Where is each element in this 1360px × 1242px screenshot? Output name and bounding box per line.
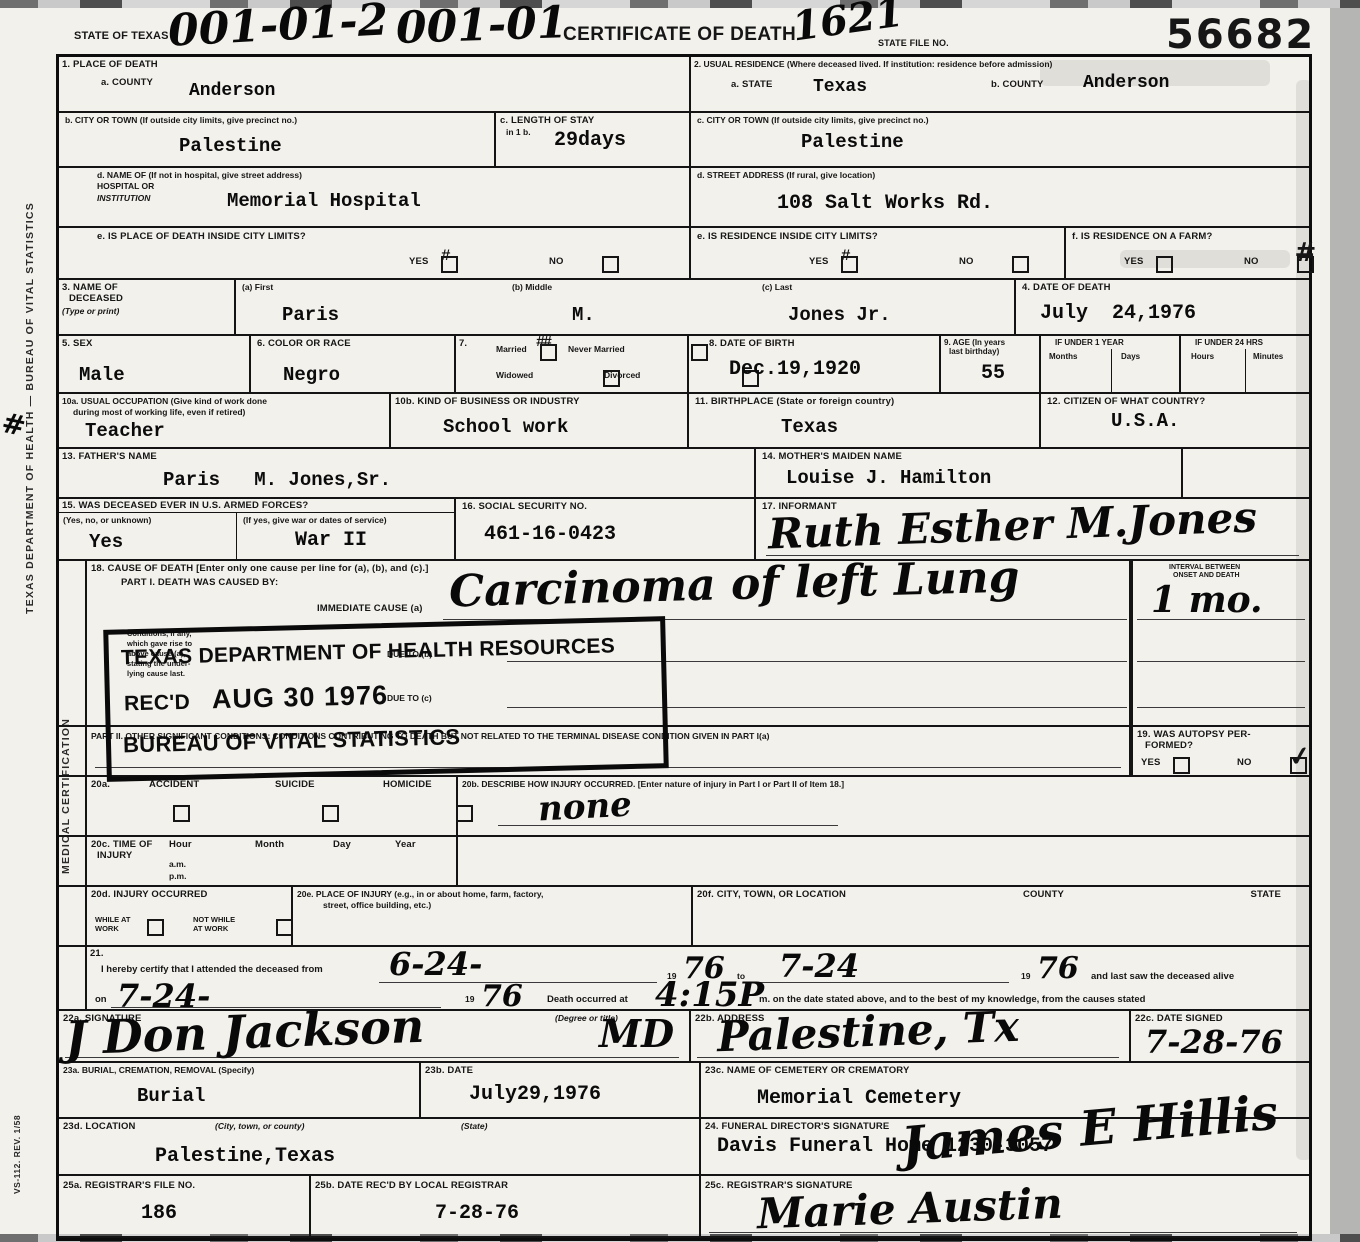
divider bbox=[1111, 349, 1112, 392]
medical-certification-strip bbox=[59, 837, 87, 885]
residence-city-label: c. CITY OR TOWN (If outside city limits,… bbox=[697, 115, 929, 125]
registrar-signature: Marie Austin bbox=[756, 1179, 1063, 1239]
age-cell: 9. AGE (In years last birthday) 55 bbox=[941, 336, 1041, 392]
residence-state-label: a. STATE bbox=[731, 79, 773, 90]
yes-label: YES bbox=[409, 256, 428, 267]
occupation-label-2: during most of working life, even if ret… bbox=[73, 407, 245, 417]
residence-state-value: Texas bbox=[813, 77, 867, 97]
citizen-label: 12. CITIZEN OF WHAT COUNTRY? bbox=[1047, 396, 1205, 407]
burial-date-label: 23b. DATE bbox=[425, 1065, 473, 1076]
while-at-work-checkbox bbox=[147, 919, 164, 939]
interval-label-1: INTERVAL BETWEEN bbox=[1169, 564, 1240, 571]
name-label-3: (Type or print) bbox=[62, 306, 119, 316]
mother-value: Louise J. Hamilton bbox=[786, 467, 991, 489]
under-1-year-label: IF UNDER 1 YEAR bbox=[1055, 338, 1124, 347]
autopsy-label-2: FORMED? bbox=[1145, 740, 1193, 751]
father-label: 13. FATHER'S NAME bbox=[62, 451, 157, 462]
registrar-file-cell: 25a. REGISTRAR'S FILE NO. 186 bbox=[59, 1176, 311, 1236]
name-label-1: 3. NAME OF bbox=[62, 282, 118, 293]
hash-mark: # bbox=[441, 247, 451, 265]
cemetery-label: 23c. NAME OF CEMETERY OR CREMATORY bbox=[705, 1065, 909, 1076]
birthplace-label: 11. BIRTHPLACE (State or foreign country… bbox=[695, 396, 894, 407]
length-of-stay-value: 29days bbox=[554, 129, 626, 152]
form-number-label: VS-112. REV. 1/58 bbox=[12, 1076, 22, 1232]
date-of-death-value: July 24,1976 bbox=[1040, 302, 1196, 325]
location-sublabel-2: (State) bbox=[461, 1121, 487, 1131]
divider bbox=[1245, 349, 1246, 392]
handwritten-code-right: 001-01 bbox=[395, 0, 568, 54]
death-city-value: Palestine bbox=[179, 135, 282, 157]
residence-farm-label: f. IS RESIDENCE ON A FARM? bbox=[1072, 231, 1212, 242]
usual-residence-section-label: 2. USUAL RESIDENCE (Where deceased lived… bbox=[694, 59, 1052, 69]
checkbox bbox=[173, 805, 190, 822]
stamp-recd-label: REC'D bbox=[124, 691, 191, 717]
item-21-label: 21. bbox=[90, 948, 104, 959]
date-of-birth-cell: 8. DATE OF BIRTH Dec.19,1920 bbox=[689, 336, 941, 392]
middle-name-cell: (b) Middle M. bbox=[506, 280, 756, 334]
empty-cell bbox=[458, 837, 1309, 885]
stamp-date: AUG 30 1976 bbox=[212, 680, 389, 715]
medical-certification-strip bbox=[59, 947, 87, 1009]
ssn-label: 16. SOCIAL SECURITY NO. bbox=[462, 501, 587, 512]
informant-signature: Ruth Esther M.Jones bbox=[767, 492, 1257, 558]
autopsy-cell: 19. WAS AUTOPSY PER- FORMED? YES NO ✓ bbox=[1131, 727, 1309, 775]
physician-address: Palestine, Tx bbox=[716, 1002, 1020, 1062]
writing-line bbox=[759, 982, 1009, 983]
hospital-label-2: HOSPITAL OR bbox=[97, 181, 154, 191]
funeral-director-cell: 24. FUNERAL DIRECTOR'S SIGNATURE Davis F… bbox=[701, 1119, 1309, 1174]
first-name-cell: (a) First Paris bbox=[236, 280, 506, 334]
immediate-cause-label: IMMEDIATE CAUSE (a) bbox=[317, 603, 423, 614]
year-prefix-3: 19 bbox=[465, 994, 474, 1004]
stamp-line-3: BUREAU OF VITAL STATISTICS bbox=[123, 724, 461, 758]
pm-label: p.m. bbox=[169, 871, 186, 881]
name-section-cell: 3. NAME OF DECEASED (Type or print) bbox=[59, 280, 236, 334]
length-of-stay-label: c. LENGTH OF STAY bbox=[500, 115, 594, 126]
registrar-signature-cell: 25c. REGISTRAR'S SIGNATURE Marie Austin bbox=[701, 1176, 1309, 1236]
minutes-label: Minutes bbox=[1253, 352, 1283, 361]
hospital-cell: d. NAME OF (If not in hospital, give str… bbox=[59, 168, 691, 226]
checkbox bbox=[1156, 256, 1173, 273]
registrar-date-label: 25b. DATE REC'D BY LOCAL REGISTRAR bbox=[315, 1180, 508, 1191]
time-of-death: 4:15P bbox=[655, 975, 764, 1015]
row-parents: 13. FATHER'S NAME Paris M. Jones,Sr. 14.… bbox=[59, 449, 1309, 499]
immediate-cause-value: Carcinoma of left Lung bbox=[448, 552, 1020, 618]
hospital-value: Memorial Hospital bbox=[227, 190, 421, 212]
row-certification: 21. I hereby certify that I attended the… bbox=[59, 947, 1309, 1011]
industry-label: 10b. KIND OF BUSINESS OR INDUSTRY bbox=[395, 396, 580, 407]
sidebar-department-label: TEXAS DEPARTMENT OF HEALTH — BUREAU OF V… bbox=[24, 112, 36, 704]
not-while-at-work-checkbox bbox=[276, 919, 293, 939]
no-checkbox bbox=[1012, 256, 1029, 276]
year-label: Year bbox=[395, 839, 416, 850]
accident-suicide-homicide-cell: 20a. ACCIDENT SUICIDE HOMICIDE bbox=[87, 777, 458, 835]
yes-label: YES bbox=[1124, 256, 1143, 267]
attended-from-date: 6-24- bbox=[389, 945, 482, 983]
yes-label: YES bbox=[809, 256, 828, 267]
under-24-hrs-label: IF UNDER 24 HRS bbox=[1195, 338, 1263, 347]
state-file-number: 56682 bbox=[1166, 12, 1315, 58]
residence-city-limits-label: e. IS RESIDENCE INSIDE CITY LIMITS? bbox=[697, 231, 878, 242]
residence-city-limits-cell: e. IS RESIDENCE INSIDE CITY LIMITS? YES … bbox=[691, 228, 1066, 278]
first-name-label: (a) First bbox=[242, 282, 273, 292]
place-of-injury-label-2: street, office building, etc.) bbox=[323, 900, 431, 910]
last-name-cell: (c) Last Jones Jr. bbox=[756, 280, 1016, 334]
sex-cell: 5. SEX Male bbox=[59, 336, 251, 392]
injury-occurred-cell: 20d. INJURY OCCURRED WHILE AT WORK NOT W… bbox=[87, 887, 293, 945]
place-of-injury-cell: 20e. PLACE OF INJURY (e.g., in or about … bbox=[293, 887, 693, 945]
certificate-title: CERTIFICATE OF DEATH bbox=[563, 24, 796, 46]
no-label: NO bbox=[959, 256, 974, 267]
physician-signature: J Don Jackson bbox=[64, 999, 425, 1066]
checkbox bbox=[602, 256, 619, 273]
suicide-label: SUICIDE bbox=[275, 779, 315, 790]
married-checkbox: ## bbox=[540, 344, 557, 364]
no-label: NO bbox=[1237, 757, 1252, 768]
race-cell: 6. COLOR OR RACE Negro bbox=[251, 336, 456, 392]
row-name-dod: 3. NAME OF DECEASED (Type or print) (a) … bbox=[59, 280, 1309, 336]
interval-value: 1 mo. bbox=[1151, 579, 1263, 621]
injury-city-label: 20f. CITY, TOWN, OR LOCATION bbox=[697, 889, 846, 900]
mother-label: 14. MOTHER'S MAIDEN NAME bbox=[762, 451, 902, 462]
describe-injury-cell: 20b. DESCRIBE HOW INJURY OCCURRED. [Ente… bbox=[458, 777, 1309, 835]
hospital-label-3: INSTITUTION bbox=[97, 193, 150, 203]
burial-location-cell: 23d. LOCATION (City, town, or county) (S… bbox=[59, 1119, 701, 1174]
date-signed-cell: 22c. DATE SIGNED 7-28-76 bbox=[1131, 1011, 1309, 1061]
occupation-value: Teacher bbox=[85, 420, 165, 442]
street-address-label: d. STREET ADDRESS (If rural, give locati… bbox=[697, 170, 875, 180]
cause-section-label: 18. CAUSE OF DEATH [Enter only one cause… bbox=[91, 563, 429, 574]
medical-certification-strip bbox=[59, 777, 87, 835]
funeral-director-label: 24. FUNERAL DIRECTOR'S SIGNATURE bbox=[705, 1121, 889, 1132]
check-mark: ✓ bbox=[1287, 741, 1313, 774]
father-value: Paris M. Jones,Sr. bbox=[163, 469, 391, 491]
name-label-2: DECEASED bbox=[69, 293, 123, 304]
injury-occurred-label: 20d. INJURY OCCURRED bbox=[91, 889, 208, 900]
row-20c: 20c. TIME OF INJURY Hour a.m. p.m. Month… bbox=[59, 837, 1309, 887]
marital-number-label: 7. bbox=[459, 338, 467, 349]
checkbox bbox=[322, 805, 339, 822]
armed-forces-answer: Yes bbox=[89, 531, 123, 553]
row-location-funeral-director: 23d. LOCATION (City, town, or county) (S… bbox=[59, 1119, 1309, 1176]
day-label: Day bbox=[333, 839, 351, 850]
location-label: 23d. LOCATION bbox=[63, 1121, 136, 1132]
yes-checkbox: # bbox=[441, 256, 458, 276]
row-20a-20b: 20a. ACCIDENT SUICIDE HOMICIDE 20b. DESC… bbox=[59, 777, 1309, 837]
writing-line bbox=[1137, 661, 1305, 662]
to-year: 76 bbox=[1037, 951, 1079, 986]
armed-forces-sublabel-2: (If yes, give war or dates of service) bbox=[243, 515, 387, 525]
no-checkbox bbox=[602, 256, 619, 276]
row-place-residence: 1. PLACE OF DEATH a. COUNTY Anderson 2. … bbox=[59, 57, 1309, 113]
hospital-label-1: d. NAME OF (If not in hospital, give str… bbox=[97, 170, 302, 180]
year-prefix-2: 19 bbox=[1021, 971, 1030, 981]
divider bbox=[236, 512, 237, 559]
no-label: NO bbox=[549, 256, 564, 267]
injury-answer: none bbox=[537, 785, 633, 830]
row-20d-20e-20f: 20d. INJURY OCCURRED WHILE AT WORK NOT W… bbox=[59, 887, 1309, 947]
checkbox bbox=[1012, 256, 1029, 273]
death-certificate-scan: { "hdr":{"state":"STATE OF TEXAS","code1… bbox=[0, 0, 1360, 1242]
last-name-label: (c) Last bbox=[762, 282, 792, 292]
hash-mark: # bbox=[1294, 238, 1316, 268]
yes-checkbox: # bbox=[841, 256, 858, 276]
registrar-date-value: 7-28-76 bbox=[435, 1202, 519, 1225]
occupation-cell: 10a. USUAL OCCUPATION (Give kind of work… bbox=[59, 394, 391, 447]
ssn-cell: 16. SOCIAL SECURITY NO. 461-16-0423 bbox=[456, 499, 756, 559]
medical-certification-strip bbox=[59, 561, 87, 725]
sex-label: 5. SEX bbox=[62, 338, 92, 349]
certify-text-1: I hereby certify that I attended the dec… bbox=[101, 964, 323, 975]
time-of-injury-label-2: INJURY bbox=[97, 850, 132, 861]
last-seen-year: 76 bbox=[481, 979, 523, 1014]
birthplace-value: Texas bbox=[781, 416, 838, 438]
under-24-hrs-cell: IF UNDER 24 HRS Hours Minutes bbox=[1181, 336, 1309, 392]
father-cell: 13. FATHER'S NAME Paris M. Jones,Sr. bbox=[59, 449, 756, 497]
days-label: Days bbox=[1121, 352, 1140, 361]
armed-forces-sublabel-1: (Yes, no, or unknown) bbox=[63, 515, 151, 525]
physician-signature-cell: 22a. SIGNATURE (Degree or title) J Don J… bbox=[59, 1011, 691, 1061]
first-name-value: Paris bbox=[282, 304, 339, 326]
am-label: a.m. bbox=[169, 859, 186, 869]
months-label: Months bbox=[1049, 352, 1077, 361]
death-occurred-label: Death occurred at bbox=[547, 994, 628, 1005]
ssn-value: 461-16-0423 bbox=[484, 523, 616, 546]
race-label: 6. COLOR OR RACE bbox=[257, 338, 351, 349]
usual-residence-cell: 2. USUAL RESIDENCE (Where deceased lived… bbox=[691, 57, 1309, 111]
accident-label: ACCIDENT bbox=[149, 779, 199, 790]
checkbox bbox=[1173, 757, 1190, 774]
row-service-informant: 15. WAS DECEASED EVER IN U.S. ARMED FORC… bbox=[59, 499, 1309, 561]
burial-date-cell: 23b. DATE July29,1976 bbox=[421, 1063, 701, 1117]
location-sublabel-1: (City, town, or county) bbox=[215, 1121, 304, 1131]
accident-checkbox bbox=[173, 805, 190, 825]
no-checkbox: ✓ bbox=[1290, 757, 1307, 777]
stamp-line-1: TEXAS DEPARTMENT OF HEALTH RESOURCES bbox=[121, 634, 616, 670]
on-label: on bbox=[95, 994, 107, 1005]
time-of-injury-cell: 20c. TIME OF INJURY Hour a.m. p.m. Month… bbox=[87, 837, 458, 885]
writing-line bbox=[709, 1232, 1297, 1233]
residence-city-value: Palestine bbox=[801, 131, 904, 153]
yes-label: YES bbox=[1141, 757, 1160, 768]
homicide-label: HOMICIDE bbox=[383, 779, 432, 790]
state-of-texas-label: STATE OF TEXAS bbox=[74, 30, 169, 42]
double-hash-mark: ## bbox=[536, 334, 550, 351]
never-married-label: Never Married bbox=[568, 344, 625, 354]
place-of-death-county-cell: 1. PLACE OF DEATH a. COUNTY Anderson bbox=[59, 57, 691, 111]
sex-value: Male bbox=[79, 364, 125, 386]
marital-status-cell: 7. Married ## Never Married Widowed Divo… bbox=[456, 336, 689, 392]
burial-value: Burial bbox=[137, 1085, 205, 1107]
occupation-label-1: 10a. USUAL OCCUPATION (Give kind of work… bbox=[62, 396, 267, 406]
date-of-birth-label: 8. DATE OF BIRTH bbox=[709, 338, 795, 349]
date-signed-value: 7-28-76 bbox=[1145, 1023, 1283, 1061]
interval-label-2: ONSET AND DEATH bbox=[1173, 572, 1240, 579]
mother-cell: 14. MOTHER'S MAIDEN NAME Louise J. Hamil… bbox=[756, 449, 1183, 497]
residence-county-value: Anderson bbox=[1083, 73, 1169, 93]
injury-state-label: STATE bbox=[1251, 889, 1281, 900]
attended-to-date: 7-24 bbox=[779, 947, 859, 985]
citizen-value: U.S.A. bbox=[1111, 410, 1179, 432]
burial-cell: 23a. BURIAL, CREMATION, REMOVAL (Specify… bbox=[59, 1063, 421, 1117]
registrar-file-value: 186 bbox=[141, 1202, 177, 1225]
middle-name-label: (b) Middle bbox=[512, 282, 552, 292]
citizen-cell: 12. CITIZEN OF WHAT COUNTRY? U.S.A. bbox=[1041, 394, 1309, 447]
burial-label: 23a. BURIAL, CREMATION, REMOVAL (Specify… bbox=[63, 1065, 254, 1075]
death-city-cell: b. CITY OR TOWN (If outside city limits,… bbox=[59, 113, 496, 166]
row-occupation: 10a. USUAL OCCUPATION (Give kind of work… bbox=[59, 394, 1309, 449]
widowed-label: Widowed bbox=[496, 370, 533, 380]
row-demographics: 5. SEX Male 6. COLOR OR RACE Negro 7. Ma… bbox=[59, 336, 1309, 394]
month-label: Month bbox=[255, 839, 284, 850]
death-city-limits-cell: e. IS PLACE OF DEATH INSIDE CITY LIMITS?… bbox=[59, 228, 691, 278]
row-hospital-street: d. NAME OF (If not in hospital, give str… bbox=[59, 168, 1309, 228]
divider bbox=[59, 512, 454, 513]
checkbox bbox=[276, 919, 293, 936]
street-address-cell: d. STREET ADDRESS (If rural, give locati… bbox=[691, 168, 1309, 226]
street-address-value: 108 Salt Works Rd. bbox=[777, 192, 993, 215]
date-of-death-label: 4. DATE OF DEATH bbox=[1022, 282, 1111, 293]
writing-line bbox=[1137, 707, 1305, 708]
industry-cell: 10b. KIND OF BUSINESS OR INDUSTRY School… bbox=[391, 394, 689, 447]
while-at-work-label-2: WORK bbox=[95, 924, 119, 933]
certificate-form: 1. PLACE OF DEATH a. COUNTY Anderson 2. … bbox=[56, 54, 1312, 1241]
time-of-injury-label-1: 20c. TIME OF bbox=[91, 839, 152, 850]
cemetery-value: Memorial Cemetery bbox=[757, 1087, 961, 1110]
hours-label: Hours bbox=[1191, 352, 1214, 361]
state-file-no-label: STATE FILE NO. bbox=[878, 38, 949, 48]
birthplace-cell: 11. BIRTHPLACE (State or foreign country… bbox=[689, 394, 1041, 447]
interval-cell: INTERVAL BETWEEN ONSET AND DEATH 1 mo. bbox=[1131, 561, 1309, 725]
no-label: NO bbox=[1244, 256, 1259, 267]
divorced-label: Divorced bbox=[604, 370, 640, 380]
armed-forces-cell: 15. WAS DECEASED EVER IN U.S. ARMED FORC… bbox=[59, 499, 456, 559]
autopsy-label-1: 19. WAS AUTOPSY PER- bbox=[1137, 729, 1251, 740]
received-stamp: TEXAS DEPARTMENT OF HEALTH RESOURCES REC… bbox=[103, 616, 669, 782]
writing-line bbox=[498, 825, 838, 826]
registrar-file-label: 25a. REGISTRAR'S FILE NO. bbox=[63, 1180, 195, 1191]
certification-cell: 21. I hereby certify that I attended the… bbox=[87, 947, 1309, 1009]
row-city-limits: e. IS PLACE OF DEATH INSIDE CITY LIMITS?… bbox=[59, 228, 1309, 280]
injury-county-label: COUNTY bbox=[1023, 889, 1064, 900]
residence-county-label: b. COUNTY bbox=[991, 79, 1044, 90]
married-label: Married bbox=[496, 344, 527, 354]
describe-injury-label: 20b. DESCRIBE HOW INJURY OCCURRED. [Ente… bbox=[462, 779, 844, 789]
age-label-1: 9. AGE (In years bbox=[944, 338, 1005, 347]
while-at-work-label-1: WHILE AT bbox=[95, 915, 130, 924]
row-registrar: 25a. REGISTRAR'S FILE NO. 186 25b. DATE … bbox=[59, 1176, 1309, 1238]
row-physician-signature: 22a. SIGNATURE (Degree or title) J Don J… bbox=[59, 1011, 1309, 1063]
date-of-birth-value: Dec.19,1920 bbox=[729, 358, 861, 381]
injury-location-cell: 20f. CITY, TOWN, OR LOCATION COUNTY STAT… bbox=[693, 887, 1309, 945]
age-value: 55 bbox=[981, 362, 1005, 385]
informant-cell: 17. INFORMANT Ruth Esther M.Jones bbox=[756, 499, 1309, 559]
certify-text-2: and last saw the deceased alive bbox=[1091, 971, 1234, 982]
place-of-death-section-label: 1. PLACE OF DEATH bbox=[62, 59, 158, 70]
no-checkbox: # bbox=[1297, 256, 1314, 276]
county-label: a. COUNTY bbox=[101, 77, 153, 88]
middle-name-value: M. bbox=[572, 304, 595, 326]
burial-date-value: July29,1976 bbox=[469, 1083, 601, 1106]
county-value: Anderson bbox=[189, 81, 275, 101]
age-label-2: last birthday) bbox=[949, 347, 999, 356]
part1-label: PART I. DEATH WAS CAUSED BY: bbox=[121, 577, 278, 588]
residence-farm-cell: f. IS RESIDENCE ON A FARM? YES NO # bbox=[1066, 228, 1309, 278]
yes-checkbox bbox=[1173, 757, 1190, 777]
length-of-stay-sublabel: in 1 b. bbox=[506, 127, 531, 137]
location-value: Palestine,Texas bbox=[155, 1145, 335, 1168]
physician-degree: MD bbox=[599, 1011, 674, 1056]
place-of-injury-label-1: 20e. PLACE OF INJURY (e.g., in or about … bbox=[297, 889, 543, 899]
hash-mark: # bbox=[841, 247, 851, 265]
armed-forces-label: 15. WAS DECEASED EVER IN U.S. ARMED FORC… bbox=[62, 500, 308, 511]
war-value: War II bbox=[295, 529, 367, 552]
last-name-value: Jones Jr. bbox=[788, 304, 891, 326]
writing-line bbox=[1137, 619, 1305, 620]
row-city: b. CITY OR TOWN (If outside city limits,… bbox=[59, 113, 1309, 168]
yes-checkbox bbox=[1156, 256, 1173, 276]
medical-certification-strip bbox=[59, 887, 87, 945]
race-value: Negro bbox=[283, 364, 340, 386]
death-city-label: b. CITY OR TOWN (If outside city limits,… bbox=[65, 115, 297, 125]
under-1-year-cell: IF UNDER 1 YEAR Months Days bbox=[1041, 336, 1181, 392]
checkbox bbox=[147, 919, 164, 936]
date-of-death-cell: 4. DATE OF DEATH July 24,1976 bbox=[1016, 280, 1309, 334]
empty-cell bbox=[1183, 449, 1309, 497]
not-while-at-work-label-2: AT WORK bbox=[193, 924, 228, 933]
physician-address-cell: 22b. ADDRESS Palestine, Tx bbox=[691, 1011, 1131, 1061]
length-of-stay-cell: c. LENGTH OF STAY in 1 b. 29days bbox=[496, 113, 691, 166]
medical-certification-strip bbox=[59, 727, 87, 775]
suicide-checkbox bbox=[322, 805, 339, 825]
not-while-at-work-label-1: NOT WHILE bbox=[193, 915, 235, 924]
writing-line bbox=[697, 1057, 1119, 1058]
residence-city-cell: c. CITY OR TOWN (If outside city limits,… bbox=[691, 113, 1309, 166]
industry-value: School work bbox=[443, 416, 568, 438]
hour-label: Hour bbox=[169, 839, 192, 850]
death-city-limits-label: e. IS PLACE OF DEATH INSIDE CITY LIMITS? bbox=[97, 231, 306, 242]
registrar-date-cell: 25b. DATE REC'D BY LOCAL REGISTRAR 7-28-… bbox=[311, 1176, 701, 1236]
